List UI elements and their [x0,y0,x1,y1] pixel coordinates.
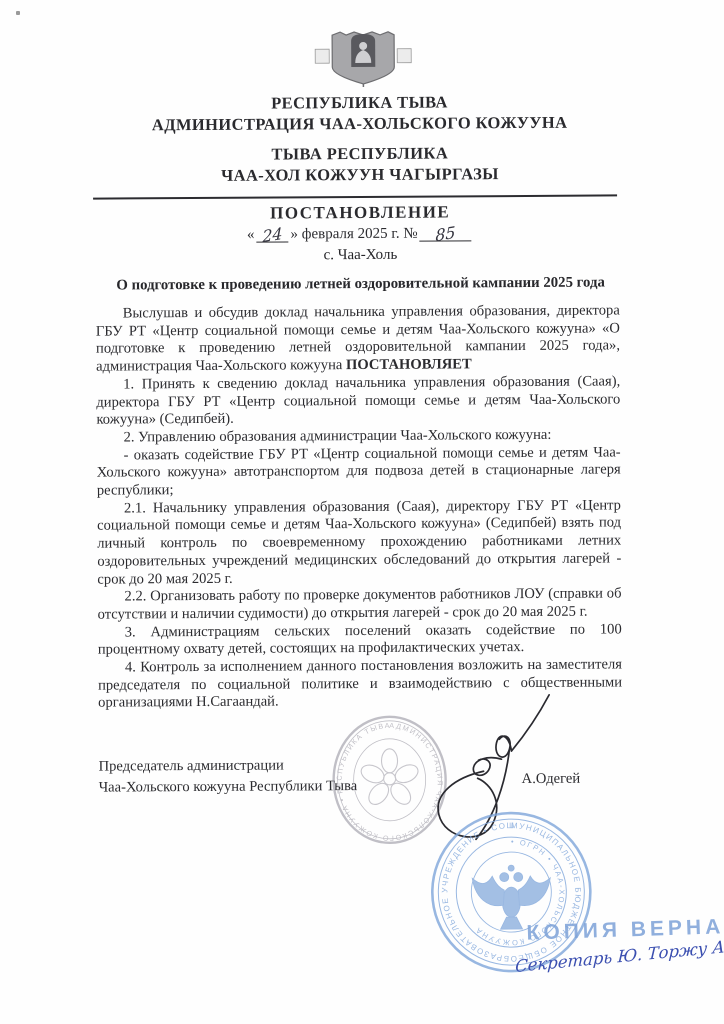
header-org-tyv: ТЫВА РЕСПУБЛИКА ЧАА-ХОЛ КОЖУУН ЧАГЫРГАЗЫ [0,141,722,187]
handwritten-day: 24 [262,227,282,245]
item-1: 1. Принять к сведению доклад начальника … [96,373,620,429]
header-org-ru: РЕСПУБЛИКА ТЫВА АДМИНИСТРАЦИЯ ЧАА-ХОЛЬСК… [0,90,722,136]
signatory-position-line1: Председатель администрации [98,755,357,778]
intro-keyword: ПОСТАНОВЛЯЕТ [346,356,472,373]
signatory-position-line2: Чаа-Хольского кожууна Республики Тыва [99,776,358,799]
header-line-administration-tyv: ЧАА-ХОЛ КОЖУУН ЧАГЫРГАЗЫ [0,162,722,187]
quote-open: « [247,227,255,243]
place-line: с. Чаа-Холь [0,245,722,266]
date-line: «24» февраля 2025 г. №85 [0,224,722,245]
item-2-2: 2.2. Организовать работу по проверке док… [97,586,621,625]
header-divider [93,194,617,199]
number-underline: 85 [420,225,472,241]
header-line-administration-ru: АДМИНИСТРАЦИЯ ЧАА-ХОЛЬСКОГО КОЖУУНА [0,111,722,136]
date-text: февраля 2025 г. № [302,226,418,243]
doc-type-title: ПОСТАНОВЛЕНИЕ [0,201,722,225]
day-underline: 24 [256,226,288,242]
item-2-sub: - оказать содействие ГБУ РТ «Центр социа… [97,444,621,500]
signatory-position: Председатель администрации Чаа-Хольского… [98,755,357,799]
signatory-name: А.Одегей [522,771,581,788]
intro-paragraph: Выслушав и обсудив доклад начальника упр… [96,302,620,376]
item-2-1: 2.1. Начальнику управления образования (… [97,497,622,589]
quote-close: » [290,226,298,242]
coat-of-arms-icon [313,27,413,88]
document: РЕСПУБЛИКА ТЫВА АДМИНИСТРАЦИЯ ЧАА-ХОЛЬСК… [0,0,724,1024]
item-4: 4. Контроль за исполнением данного поста… [98,656,622,712]
resolution-title: О подготовке к проведению летней оздоров… [0,274,723,295]
handwritten-number: 85 [436,226,456,244]
document-body: Выслушав и обсудив доклад начальника упр… [96,302,622,712]
double-headed-eagle-icon [472,865,550,929]
item-3: 3. Администрациям сельских поселений ока… [98,621,622,660]
scanned-document-page: РЕСПУБЛИКА ТЫВА АДМИНИСТРАЦИЯ ЧАА-ХОЛЬСК… [0,0,724,1024]
